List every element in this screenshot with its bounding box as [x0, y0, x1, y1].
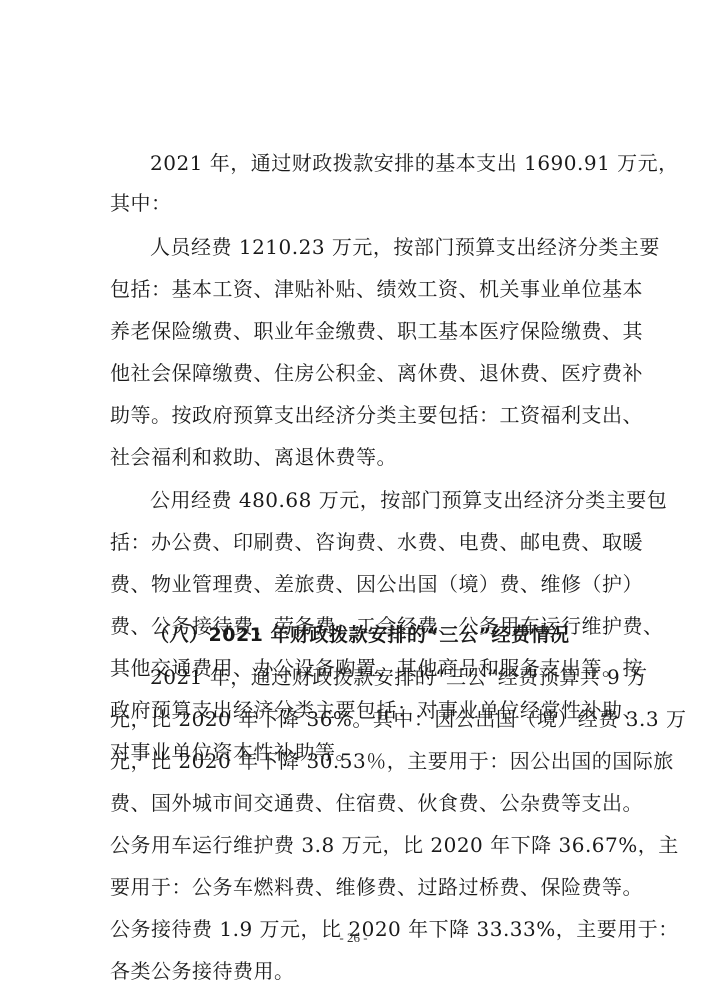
- text-line: 他社会保障缴费、住房公积金、离休费、退休费、医疗费补: [110, 361, 600, 385]
- text-line: 各类公务接待费用。: [110, 959, 600, 983]
- text-line: 括：办公费、印刷费、咨询费、水费、电费、邮电费、取暖: [110, 530, 600, 554]
- text-line: 2021 年，通过财政拨款安排的基本支出 1690.91 万元，: [150, 151, 600, 175]
- text-line: 元，比 2020 年下降 30.53％，主要用于：因公出国的国际旅: [110, 749, 600, 773]
- text-line: 元，比 2020 年下降 36%。其中：因公出国（境）经费 3.3 万: [110, 707, 600, 731]
- text-line: 其中：: [110, 191, 600, 215]
- text-line: 要用于：公务车燃料费、维修费、过路过桥费、保险费等。: [110, 875, 600, 899]
- text-line: 养老保险缴费、职业年金缴费、职工基本医疗保险缴费、其: [110, 319, 600, 343]
- text-line: 包括：基本工资、津贴补贴、绩效工资、机关事业单位基本: [110, 277, 600, 301]
- text-line: 费、国外城市间交通费、住宿费、伙食费、公杂费等支出。: [110, 791, 600, 815]
- text-line: 公用经费 480.68 万元，按部门预算支出经济分类主要包: [150, 488, 600, 512]
- page-number: - 26 -: [0, 930, 707, 946]
- text-line: 人员经费 1210.23 万元，按部门预算支出经济分类主要: [150, 235, 600, 259]
- text-line: 助等。按政府预算支出经济分类主要包括：工资福利支出、: [110, 403, 600, 427]
- text-line: 公务用车运行维护费 3.8 万元，比 2020 年下降 36.67%，主: [110, 833, 600, 857]
- text-line: 社会福利和救助、离退休费等。: [110, 445, 600, 469]
- section-heading: （八）2021 年财政拨款安排的“三公”经费情况: [150, 623, 600, 647]
- document-page: 2021 年，通过财政拨款安排的基本支出 1690.91 万元， 其中： 人员经…: [0, 0, 707, 1000]
- text-line: 2021 年，通过财政拨款安排的“三公”经费预算共 9 万: [150, 665, 600, 689]
- text-line: 费、物业管理费、差旅费、因公出国（境）费、维修（护）: [110, 572, 600, 596]
